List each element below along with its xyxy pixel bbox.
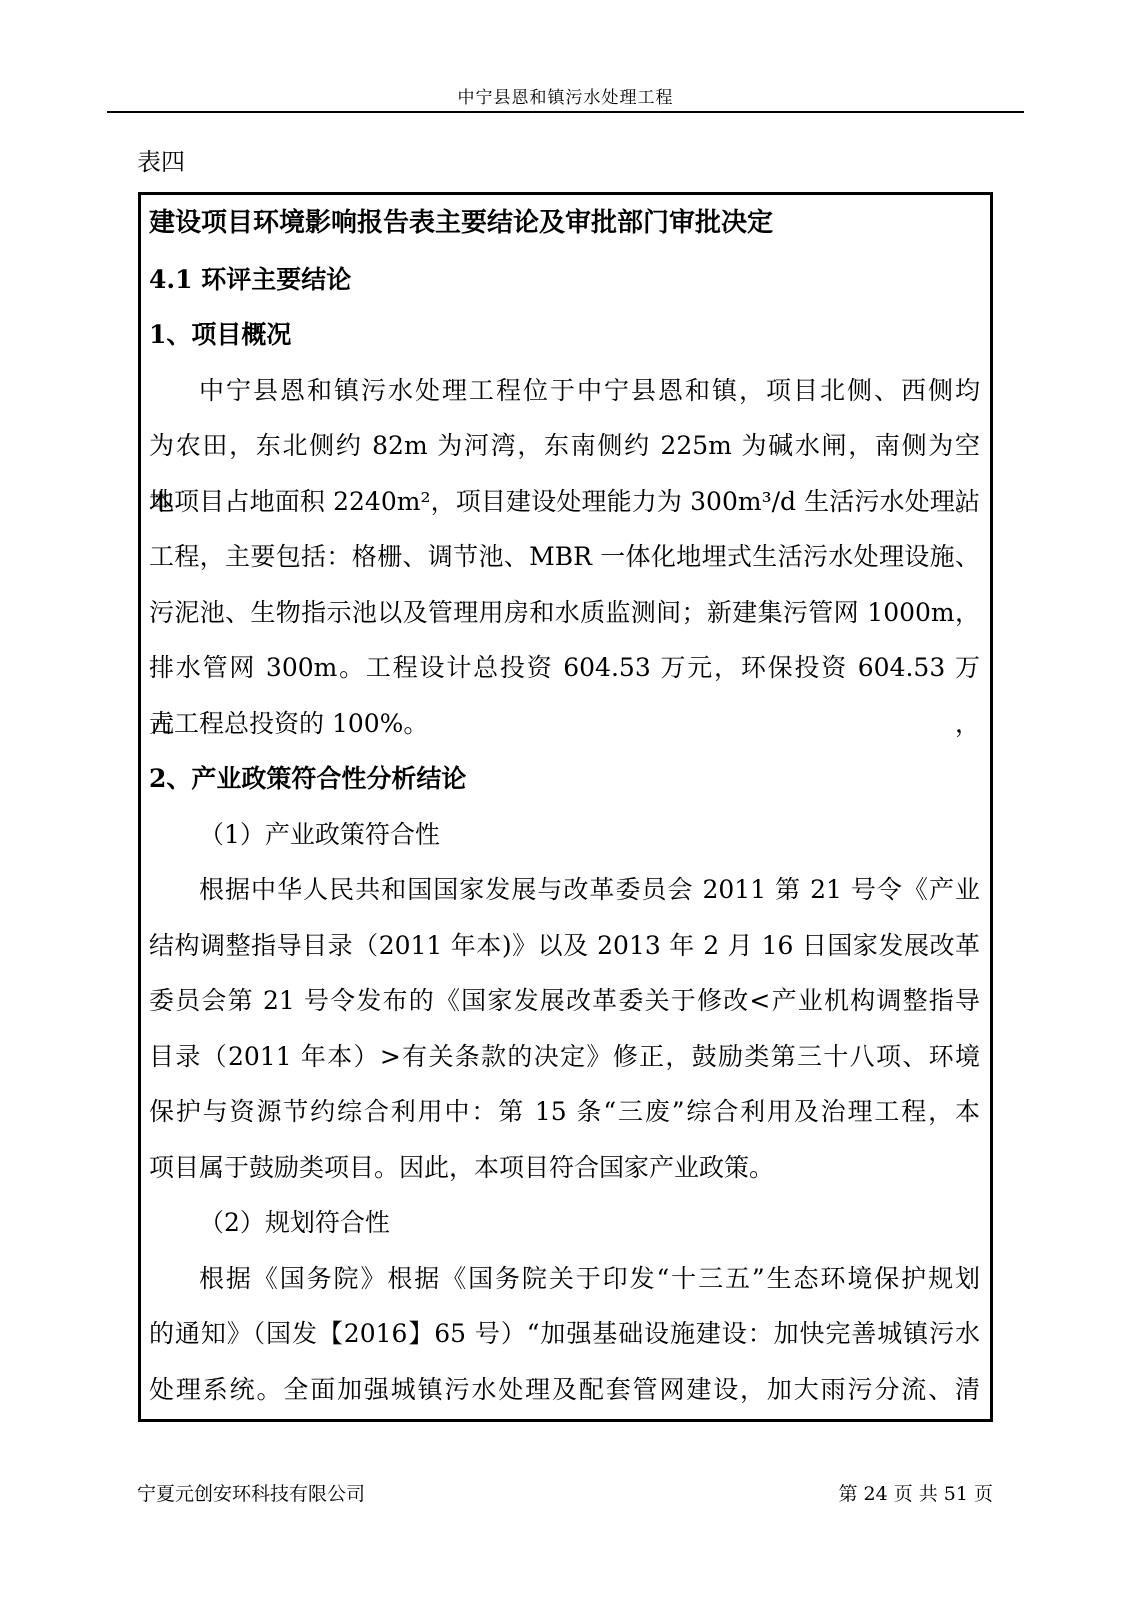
paragraph-line: 为农田，东北侧约 82m 为河湾，东南侧约 225m 为碱水闸，南侧为空地。 [149,418,980,474]
paragraph-line: 目录（2011 年本）>有关条款的决定》修正，鼓励类第三十八项、环境 [149,1029,980,1085]
paragraph-line: 污泥池、生物指示池以及管理用房和水质监测间；新建集污管网 1000m， [149,585,980,641]
document-page: 中宁县恩和镇污水处理工程 表四 建设项目环境影响报告表主要结论及审批部门审批决定… [0,0,1131,1600]
subsection-heading: （2）规划符合性 [149,1195,980,1251]
paragraph-line: 项目属于鼓励类项目。因此，本项目符合国家产业政策。 [149,1140,980,1196]
paragraph-line: 根据《国务院》根据《国务院关于印发“十三五”生态环境保护规划 [149,1251,980,1307]
box-title: 建设项目环境影响报告表主要结论及审批部门审批决定 [149,196,980,252]
paragraph-line: 根据中华人民共和国国家发展与改革委员会 2011 第 21 号令《产业 [149,862,980,918]
header-divider [107,111,1024,113]
section-heading: 2、产业政策符合性分析结论 [149,751,980,807]
footer-page-number: 第 24 页 共 51 页 [838,1479,993,1506]
paragraph-line: 中宁县恩和镇污水处理工程位于中宁县恩和镇，项目北侧、西侧均 [149,363,980,419]
subsection-heading: （1）产业政策符合性 [149,807,980,863]
paragraph-line: 排水管网 300m。工程设计总投资 604.53 万元，环保投资 604.53 … [149,640,980,696]
paragraph-line: 本项目占地面积 2240m²，项目建设处理能力为 300m³/d 生活污水处理站 [149,474,980,530]
paragraph-line: 处理系统。全面加强城镇污水处理及配套管网建设，加大雨污分流、清 [149,1362,980,1418]
paragraph-line: 结构调整指导目录（2011 年本)》以及 2013 年 2 月 16 日国家发展… [149,918,980,974]
table-number-label: 表四 [137,142,185,177]
paragraph-line: 的通知》（国发【2016】65 号）“加强基础设施建设：加快完善城镇污水 [149,1306,980,1362]
paragraph-line: 委员会第 21 号令发布的《国家发展改革委关于修改<产业机构调整指导 [149,973,980,1029]
footer-company-name: 宁夏元创安环科技有限公司 [137,1479,365,1506]
page-header-title: 中宁县恩和镇污水处理工程 [0,83,1131,108]
section-heading: 1、项目概况 [149,307,980,363]
section-heading: 4.1 环评主要结论 [149,252,980,308]
report-table-box: 建设项目环境影响报告表主要结论及审批部门审批决定4.1 环评主要结论1、项目概况… [138,192,993,1422]
paragraph-line: 工程，主要包括：格栅、调节池、MBR 一体化地埋式生活污水处理设施、 [149,529,980,585]
paragraph-line: 保护与资源节约综合利用中：第 15 条“三废”综合利用及治理工程，本 [149,1084,980,1140]
